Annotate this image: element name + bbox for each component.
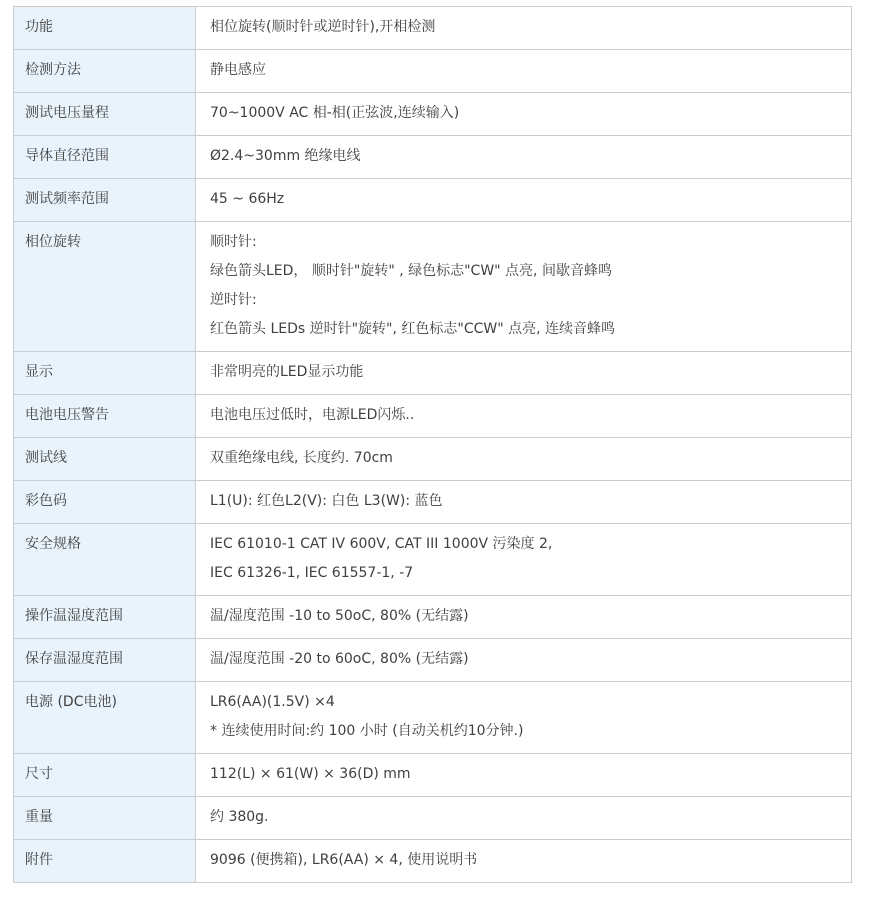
spec-label-cell: 功能 <box>14 7 196 50</box>
spec-value-cell: 70~1000V AC 相-相(正弦波,连续输入) <box>196 93 852 136</box>
spec-value-line: 逆时针: <box>210 286 839 315</box>
spec-label: 附件 <box>25 852 53 868</box>
spec-label-cell: 检测方法 <box>14 50 196 93</box>
spec-value-line: 红色箭头 LEDs 逆时针"旋转", 红色标志"CCW" 点亮, 连续音蜂鸣 <box>210 315 839 344</box>
spec-value-cell: 45 ~ 66Hz <box>196 179 852 222</box>
spec-value-line: IEC 61326-1, IEC 61557-1, -7 <box>210 559 839 588</box>
spec-label-cell: 测试频率范围 <box>14 179 196 222</box>
spec-label-cell: 导体直径范围 <box>14 136 196 179</box>
spec-value-line: 相位旋转(顺时针或逆时针),开相检测 <box>210 13 839 42</box>
spec-value-cell: 温/湿度范围 -10 to 50oC, 80% (无结露) <box>196 596 852 639</box>
spec-label: 测试频率范围 <box>25 191 109 207</box>
spec-label: 相位旋转 <box>25 234 81 250</box>
spec-table-body: 功能 相位旋转(顺时针或逆时针),开相检测 检测方法 静电感应 测试电压量程 7… <box>14 7 852 883</box>
spec-label-cell: 电源 (DC电池) <box>14 682 196 754</box>
spec-value-line: 温/湿度范围 -20 to 60oC, 80% (无结露) <box>210 645 839 674</box>
spec-label-cell: 尺寸 <box>14 754 196 797</box>
spec-label: 彩色码 <box>25 493 67 509</box>
spec-label: 电池电压警告 <box>25 407 109 423</box>
spec-label: 电源 (DC电池) <box>25 694 117 710</box>
spec-label-cell: 安全规格 <box>14 524 196 596</box>
spec-value-cell: 9096 (便携箱), LR6(AA) × 4, 使用说明书 <box>196 840 852 883</box>
spec-value-line: 约 380g. <box>210 803 839 832</box>
spec-value-line: 温/湿度范围 -10 to 50oC, 80% (无结露) <box>210 602 839 631</box>
page: 功能 相位旋转(顺时针或逆时针),开相检测 检测方法 静电感应 测试电压量程 7… <box>0 0 871 902</box>
spec-value-line: 绿色箭头LED， 顺时针"旋转" , 绿色标志"CW" 点亮, 间歇音蜂鸣 <box>210 257 839 286</box>
spec-label: 导体直径范围 <box>25 148 109 164</box>
spec-value-cell: 约 380g. <box>196 797 852 840</box>
spec-value-cell: 电池电压过低时，电源LED闪烁.. <box>196 395 852 438</box>
spec-label: 测试线 <box>25 450 67 466</box>
spec-value-line: 112(L) × 61(W) × 36(D) mm <box>210 760 839 789</box>
spec-value-line: 顺时针: <box>210 228 839 257</box>
spec-label-cell: 测试电压量程 <box>14 93 196 136</box>
spec-value-line: 45 ~ 66Hz <box>210 185 839 214</box>
spec-value-cell: L1(U): 红色L2(V): 白色 L3(W): 蓝色 <box>196 481 852 524</box>
spec-label: 显示 <box>25 364 53 380</box>
spec-label-cell: 保存温湿度范围 <box>14 639 196 682</box>
spec-label-cell: 重量 <box>14 797 196 840</box>
spec-label-cell: 电池电压警告 <box>14 395 196 438</box>
spec-value-line: IEC 61010-1 CAT IV 600V, CAT III 1000V 污… <box>210 530 839 559</box>
spec-value-line: * 连续使用时间:约 100 小时 (自动关机约10分钟.) <box>210 717 839 746</box>
spec-value-cell: 静电感应 <box>196 50 852 93</box>
table-row: 附件 9096 (便携箱), LR6(AA) × 4, 使用说明书 <box>14 840 852 883</box>
table-row: 相位旋转 顺时针:绿色箭头LED， 顺时针"旋转" , 绿色标志"CW" 点亮,… <box>14 222 852 352</box>
spec-label: 尺寸 <box>25 766 53 782</box>
spec-value-line: 9096 (便携箱), LR6(AA) × 4, 使用说明书 <box>210 846 839 875</box>
spec-label: 安全规格 <box>25 536 81 552</box>
spec-value-cell: 顺时针:绿色箭头LED， 顺时针"旋转" , 绿色标志"CW" 点亮, 间歇音蜂… <box>196 222 852 352</box>
table-row: 电源 (DC电池) LR6(AA)(1.5V) ×4* 连续使用时间:约 100… <box>14 682 852 754</box>
table-row: 检测方法 静电感应 <box>14 50 852 93</box>
table-row: 测试频率范围 45 ~ 66Hz <box>14 179 852 222</box>
table-row: 功能 相位旋转(顺时针或逆时针),开相检测 <box>14 7 852 50</box>
spec-label-cell: 显示 <box>14 352 196 395</box>
table-row: 导体直径范围 Ø2.4~30mm 绝缘电线 <box>14 136 852 179</box>
spec-label-cell: 彩色码 <box>14 481 196 524</box>
spec-value-line: 电池电压过低时，电源LED闪烁.. <box>210 401 839 430</box>
spec-label-cell: 相位旋转 <box>14 222 196 352</box>
spec-label-cell: 操作温湿度范围 <box>14 596 196 639</box>
table-row: 测试线 双重绝缘电线, 长度约. 70cm <box>14 438 852 481</box>
spec-label: 重量 <box>25 809 53 825</box>
table-row: 电池电压警告 电池电压过低时，电源LED闪烁.. <box>14 395 852 438</box>
spec-table: 功能 相位旋转(顺时针或逆时针),开相检测 检测方法 静电感应 测试电压量程 7… <box>13 6 852 883</box>
table-row: 保存温湿度范围 温/湿度范围 -20 to 60oC, 80% (无结露) <box>14 639 852 682</box>
spec-label: 检测方法 <box>25 62 81 78</box>
spec-label: 保存温湿度范围 <box>25 651 123 667</box>
spec-value-line: 双重绝缘电线, 长度约. 70cm <box>210 444 839 473</box>
table-row: 尺寸 112(L) × 61(W) × 36(D) mm <box>14 754 852 797</box>
spec-value-cell: LR6(AA)(1.5V) ×4* 连续使用时间:约 100 小时 (自动关机约… <box>196 682 852 754</box>
spec-value-line: LR6(AA)(1.5V) ×4 <box>210 688 839 717</box>
spec-value-cell: 温/湿度范围 -20 to 60oC, 80% (无结露) <box>196 639 852 682</box>
spec-value-cell: 非常明亮的LED显示功能 <box>196 352 852 395</box>
spec-value-cell: 相位旋转(顺时针或逆时针),开相检测 <box>196 7 852 50</box>
spec-value-line: 70~1000V AC 相-相(正弦波,连续输入) <box>210 99 839 128</box>
table-row: 测试电压量程 70~1000V AC 相-相(正弦波,连续输入) <box>14 93 852 136</box>
spec-value-line: Ø2.4~30mm 绝缘电线 <box>210 142 839 171</box>
spec-value-cell: 双重绝缘电线, 长度约. 70cm <box>196 438 852 481</box>
table-row: 安全规格 IEC 61010-1 CAT IV 600V, CAT III 10… <box>14 524 852 596</box>
spec-value-line: 非常明亮的LED显示功能 <box>210 358 839 387</box>
spec-value-line: L1(U): 红色L2(V): 白色 L3(W): 蓝色 <box>210 487 839 516</box>
table-row: 操作温湿度范围 温/湿度范围 -10 to 50oC, 80% (无结露) <box>14 596 852 639</box>
spec-label: 功能 <box>25 19 53 35</box>
spec-table-container: 功能 相位旋转(顺时针或逆时针),开相检测 检测方法 静电感应 测试电压量程 7… <box>0 0 871 883</box>
table-row: 显示 非常明亮的LED显示功能 <box>14 352 852 395</box>
spec-value-cell: Ø2.4~30mm 绝缘电线 <box>196 136 852 179</box>
spec-label: 操作温湿度范围 <box>25 608 123 624</box>
spec-value-cell: 112(L) × 61(W) × 36(D) mm <box>196 754 852 797</box>
table-row: 彩色码 L1(U): 红色L2(V): 白色 L3(W): 蓝色 <box>14 481 852 524</box>
table-row: 重量 约 380g. <box>14 797 852 840</box>
spec-label: 测试电压量程 <box>25 105 109 121</box>
spec-value-cell: IEC 61010-1 CAT IV 600V, CAT III 1000V 污… <box>196 524 852 596</box>
spec-label-cell: 附件 <box>14 840 196 883</box>
spec-label-cell: 测试线 <box>14 438 196 481</box>
spec-value-line: 静电感应 <box>210 56 839 85</box>
